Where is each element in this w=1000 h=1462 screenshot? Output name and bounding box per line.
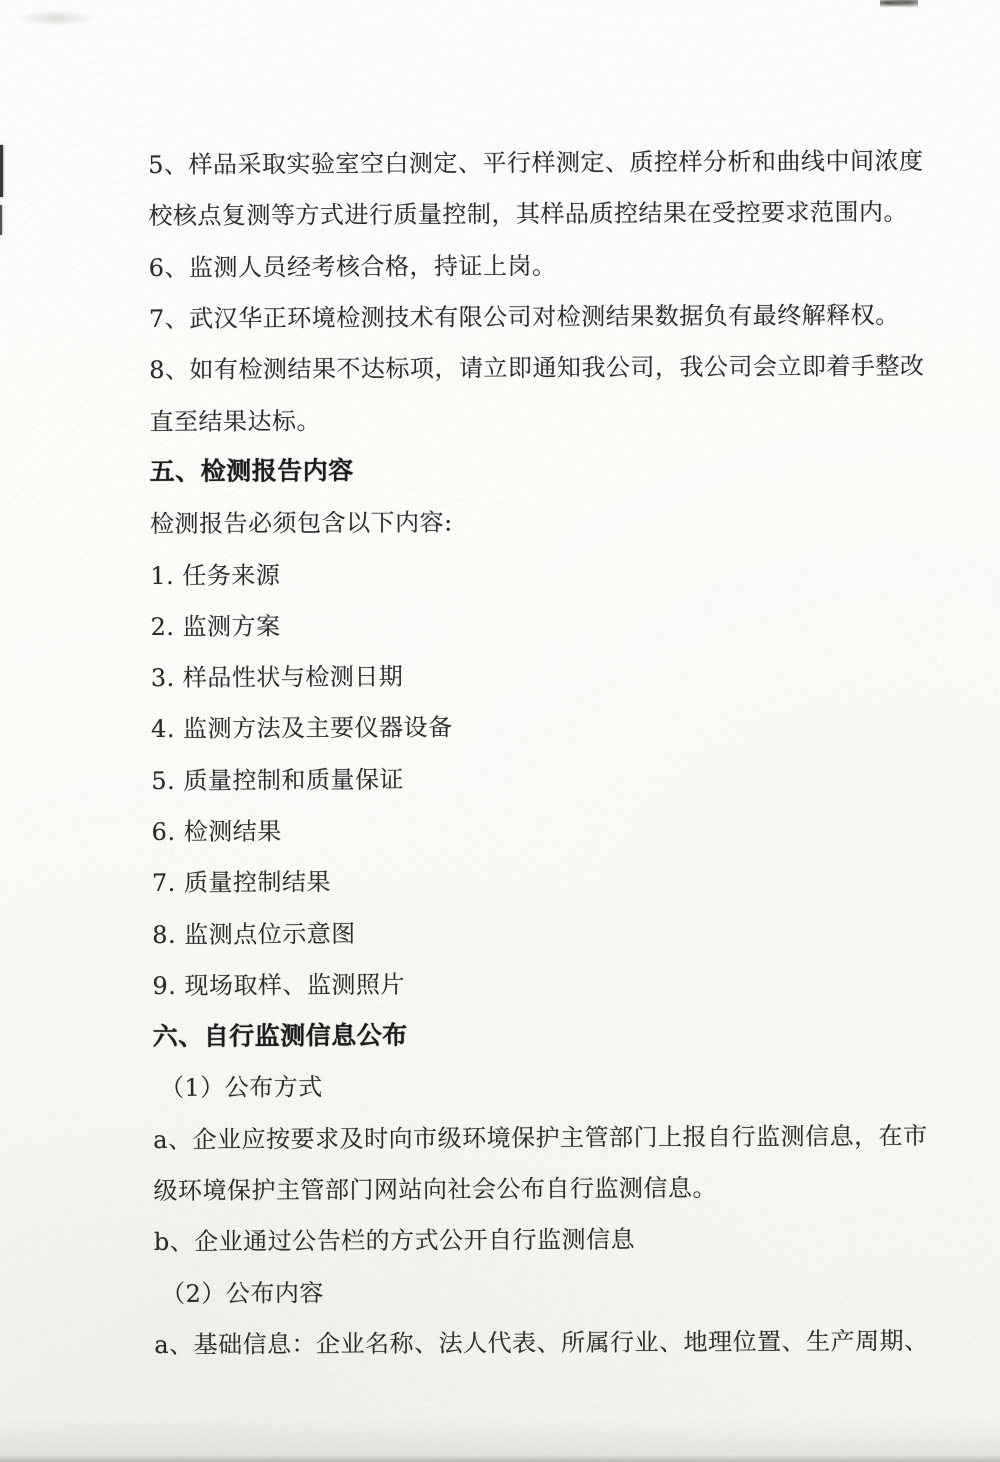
text-line: 级环境保护主管部门网站向社会公布自行监测信息。 [153, 1159, 893, 1214]
scan-shadow-bottom-edge [0, 1455, 1000, 1462]
text-line: 检测报告必须包含以下内容: [150, 492, 890, 547]
text-line: 校核点复测等方式进行质量控制，其样品质控结果在受控要求范围内。 [148, 184, 888, 239]
text-line: 5、样品采取实验室空白测定、平行样测定、质控样分析和曲线中间浓度 [148, 133, 888, 188]
text-line: 7、武汉华正环境检测技术有限公司对检测结果数据负有最终解释权。 [149, 287, 889, 342]
text-line: 9. 现场取样、监测照片 [152, 954, 892, 1009]
text-line: （2）公布内容 [154, 1262, 894, 1317]
text-line: 5. 质量控制和质量保证 [151, 749, 891, 804]
scan-artifact-left-edge-mark [0, 145, 3, 197]
text-line: 6、监测人员经考核合格，持证上岗。 [149, 236, 889, 291]
text-line: 1. 任务来源 [150, 543, 890, 598]
text-line: 直至结果达标。 [149, 390, 889, 445]
section-heading: 五、检测报告内容 [150, 441, 890, 496]
text-line: 4. 监测方法及主要仪器设备 [151, 697, 891, 752]
scan-artifact-left-edge-mark-2 [0, 205, 2, 235]
text-line: 8. 监测点位示意图 [152, 903, 892, 958]
scanned-document-page: { "document": { "language": "zh-CN", "ki… [0, 0, 1000, 1462]
document-body: 5、样品采取实验室空白测定、平行样测定、质控样分析和曲线中间浓度校核点复测等方式… [148, 133, 894, 1368]
text-line: 3. 样品性状与检测日期 [151, 646, 891, 701]
text-line: 8、如有检测结果不达标项，请立即通知我公司，我公司会立即着手整改 [149, 338, 889, 393]
text-line: a、企业应按要求及时向市级环境保护主管部门上报自行监测信息，在市 [153, 1108, 893, 1163]
text-line: 7. 质量控制结果 [152, 851, 892, 906]
text-line: 6. 检测结果 [151, 800, 891, 855]
text-line: 2. 监测方案 [150, 595, 890, 650]
section-heading: 六、自行监测信息公布 [153, 1005, 893, 1060]
text-line: a、基础信息：企业名称、法人代表、所属行业、地理位置、生产周期、 [154, 1313, 894, 1368]
text-line: （1）公布方式 [153, 1056, 893, 1111]
text-line: b、企业通过公告栏的方式公开自行监测信息 [154, 1210, 894, 1265]
scan-smudge-top-left [16, 10, 96, 26]
scan-smudge-top-right [880, 0, 918, 9]
